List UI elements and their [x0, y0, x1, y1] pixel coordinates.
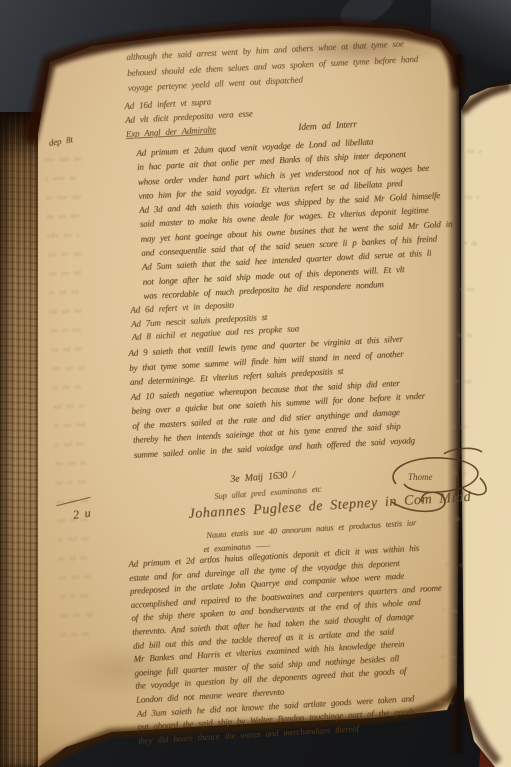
deposition-body-3: Ad primum et 2d artlos huius allegationi…	[128, 541, 450, 748]
margin-mark-sum: 2 u	[72, 506, 91, 523]
manuscript-line: edm nw s	[47, 225, 84, 245]
manuscript-line: nr sd im	[58, 547, 95, 567]
manuscript-line: s wmr ae	[45, 168, 82, 188]
manuscript-line: nd sm we	[49, 301, 86, 321]
manuscript-line: re m	[456, 312, 476, 359]
manuscript-line: we sm nd	[59, 566, 96, 586]
manuscript-line: sm ew nd	[48, 263, 85, 283]
deposition-body-2: Ad 9 saieth that vntill lewis tyme and q…	[128, 331, 427, 462]
book-spine-edge	[0, 112, 41, 767]
manuscript-line: im re nw	[50, 320, 87, 340]
manuscript-line: id re wn	[59, 585, 96, 605]
manuscript-line: sr nd we	[54, 434, 91, 454]
manuscript-line: wn r	[463, 174, 483, 221]
manuscript-photo: although the said arrest went by him and…	[0, 0, 511, 767]
manuscript-line: r sm	[442, 587, 462, 634]
manuscript-line: re in sw	[61, 623, 98, 643]
manuscript-line: wn mr ide	[47, 244, 84, 264]
manuscript-line: in md we	[57, 528, 94, 548]
interrogatory-block: Ad 16d infert vt supraAd vlt dicit prede…	[124, 92, 254, 141]
manuscript-line: nd re sm	[55, 472, 92, 492]
manuscript-line: wd sm re	[53, 396, 90, 416]
manuscript-line: m de	[461, 220, 481, 267]
manuscript-line: sm e	[466, 128, 486, 175]
manuscript-line: im ws nre	[46, 206, 83, 226]
manuscript-line: mw nde im	[44, 149, 81, 169]
manuscript-line: me ws in	[55, 453, 92, 473]
manuscript-line: ws ed mr	[51, 339, 88, 359]
manuscript-line: in we md	[53, 415, 90, 435]
manuscript-line: nm we sd	[51, 358, 88, 378]
manuscript-line: s nw	[458, 266, 478, 313]
manuscript-line: mw n	[444, 541, 464, 588]
signature-word: Thome	[408, 472, 433, 482]
manuscript-line: er im ns	[52, 377, 89, 397]
manuscript-line: w sde	[454, 358, 474, 405]
manuscript-line: nv mw sde	[45, 187, 82, 207]
manuscript-line: re im ws	[49, 282, 86, 302]
manuscript-line: ms we nd	[60, 604, 97, 624]
deposition-body-1: Ad primum et 2dum quod venit voyadge de …	[136, 131, 455, 303]
